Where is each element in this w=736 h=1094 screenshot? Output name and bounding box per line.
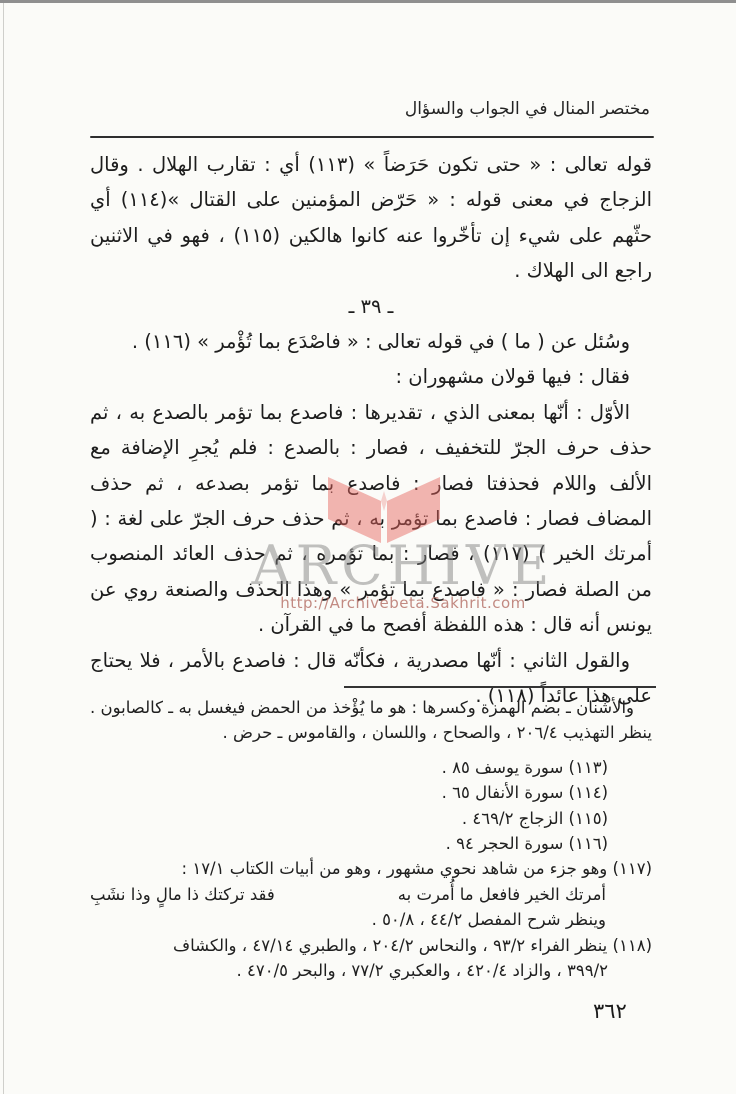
footnote-117: (١١٧) وهو جزء من شاهد نحوي مشهور ، وهو م… — [90, 856, 652, 881]
footnote-separator — [344, 686, 656, 688]
footnote-continuation: والأشنان ـ بضم الهمزة وكسرها : هو ما يُؤ… — [90, 695, 652, 746]
verse-hemistich-second: فقد تركتك ذا مالٍ وذا نشَبِ — [90, 882, 275, 907]
scan-top-edge — [0, 0, 736, 3]
verse-hemistich-first: أمرتك الخير فافعل ما أُمرت به — [398, 882, 606, 907]
scan-left-edge — [3, 3, 4, 1094]
footnote-118-continuation: ٣٩٩/٢ ، والزاد ٤٢٠/٤ ، والعكبري ٧٧/٢ ، و… — [90, 958, 652, 983]
footnote-117-verse: أمرتك الخير فافعل ما أُمرت به فقد تركتك … — [90, 882, 652, 907]
footnote-118: (١١٨) ينظر الفراء ٩٣/٢ ، والنحاس ٢٠٤/٢ ،… — [90, 933, 652, 958]
footnote-114: (١١٤) سورة الأنفال ٦٥ . — [90, 780, 652, 805]
scanned-book-page: مختصر المنال في الجواب والسؤال قوله تعال… — [0, 0, 736, 1094]
header-rule — [90, 136, 654, 138]
footnote-117-reference: وينظر شرح المفصل ٤٤/٢ ، ٥٠/٨ . — [90, 907, 652, 932]
section-number: ـ ٣٩ ـ — [90, 289, 652, 324]
paragraph: الأوّل : أنّها بمعنى الذي ، تقديرها : فا… — [90, 395, 652, 643]
footnote-113: (١١٣) سورة يوسف ٨٥ . — [90, 755, 652, 780]
paragraph: وسُئل عن ( ما ) في قوله تعالى : « فاصْدَ… — [90, 324, 652, 359]
footnote-115: (١١٥) الزجاج ٤٦٩/٢ . — [90, 806, 652, 831]
main-text-block: قوله تعالى : « حتى تكون حَرَضاً » (١١٣) … — [90, 147, 652, 714]
footnote-116: (١١٦) سورة الحجر ٩٤ . — [90, 831, 652, 856]
footnotes-block: والأشنان ـ بضم الهمزة وكسرها : هو ما يُؤ… — [90, 695, 652, 983]
paragraph: فقال : فيها قولان مشهوران : — [90, 359, 652, 394]
page-number: ٣٦٢ — [593, 999, 627, 1023]
paragraph: قوله تعالى : « حتى تكون حَرَضاً » (١١٣) … — [90, 147, 652, 289]
running-head-book-title: مختصر المنال في الجواب والسؤال — [405, 99, 650, 119]
